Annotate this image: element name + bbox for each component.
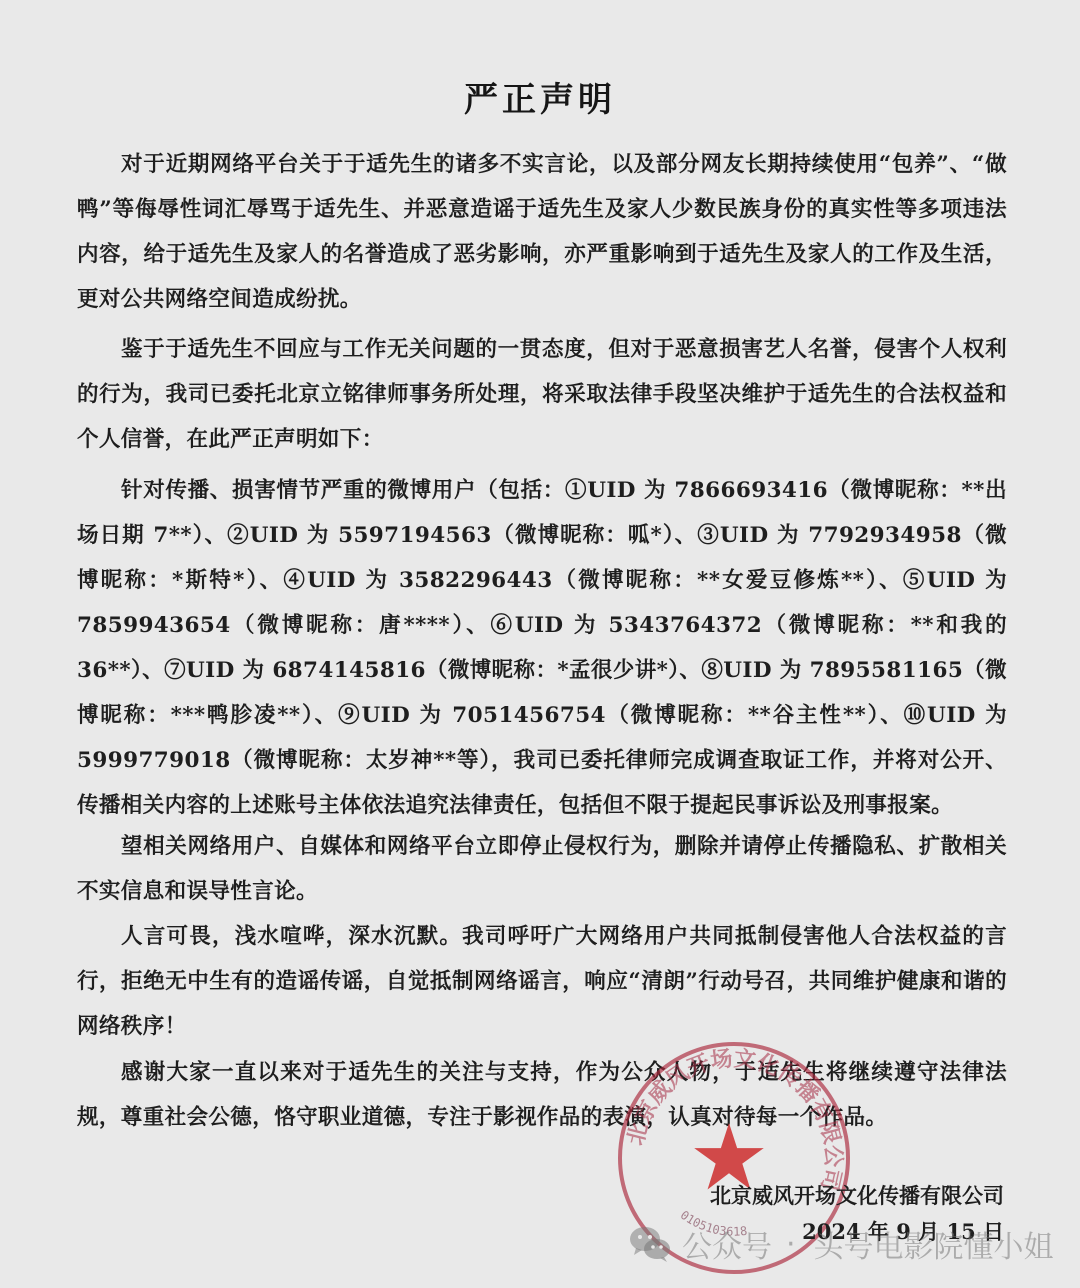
wechat-icon	[628, 1224, 672, 1264]
paragraph-thanks: 感谢大家一直以来对于适先生的关注与支持，作为公众人物，于适先生将继续遵守法律法规…	[77, 1050, 1007, 1140]
document-title: 严正声明	[0, 72, 1080, 121]
paragraph-reported-accounts: 针对传播、损害情节严重的微博用户（包括：①UID 为 7866693416（微博…	[77, 468, 1007, 824]
paragraph-request-stop: 望相关网络用户、自媒体和网络平台立即停止侵权行为，删除并请停止传播隐私、扩散相关…	[77, 824, 1007, 914]
statement-body: 对于近期网络平台关于于适先生的诸多不实言论，以及部分网友长期持续使用“包养”、“…	[77, 142, 1007, 1140]
paragraph-intro: 对于近期网络平台关于于适先生的诸多不实言论，以及部分网友长期持续使用“包养”、“…	[77, 142, 1007, 322]
statement-date: 2024 年 9 月 15 日	[710, 1214, 1004, 1250]
company-name: 北京威风开场文化传播有限公司	[710, 1178, 1004, 1214]
statement-page: 严正声明 对于近期网络平台关于于适先生的诸多不实言论，以及部分网友长期持续使用“…	[0, 0, 1080, 1288]
signature-block: 北京威风开场文化传播有限公司 2024 年 9 月 15 日	[710, 1178, 1004, 1250]
paragraph-appeal: 人言可畏，浅水喧哗，深水沉默。我司呼吁广大网络用户共同抵制侵害他人合法权益的言行…	[77, 914, 1007, 1050]
paragraph-legal-action: 鉴于于适先生不回应与工作无关问题的一贯态度，但对于恶意损害艺人名誉，侵害个人权利…	[77, 327, 1007, 468]
